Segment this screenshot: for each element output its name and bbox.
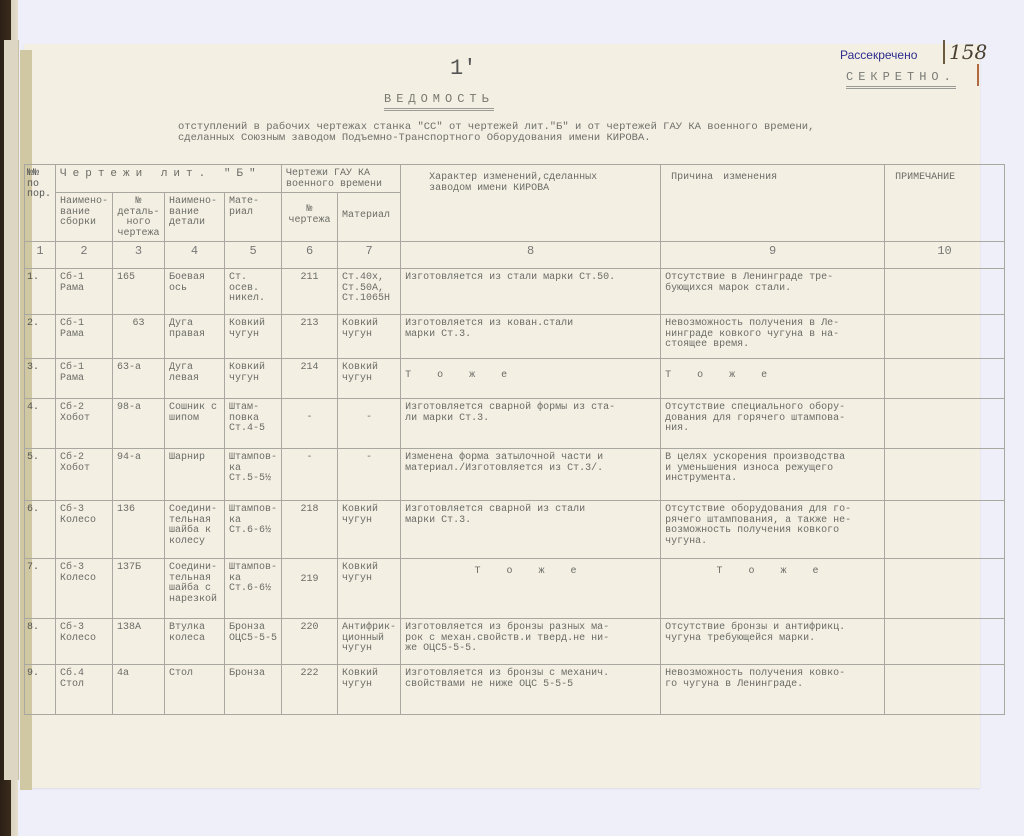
cell-change: Т о ж е [401,359,661,399]
row-number: 6. [25,501,56,559]
column-number: 5 [225,242,282,269]
row-number: 9. [25,665,56,715]
row-number: 5. [25,449,56,501]
cell-detail-drawing: 63 [113,315,165,359]
cell-material-b: Ст. осев. никел. [225,269,282,315]
table-row: 9. Сб.4 Стол 4а Стол Бронза 222 Ковкий ч… [25,665,1005,715]
cell-change: Изготовляется сварной из стали марки Ст.… [401,501,661,559]
cell-assembly: Сб-2 Хобот [56,399,113,449]
cell-reason: Отсутствие в Ленинграде тре- бующихся ма… [661,269,885,315]
header-col-5: Мате- риал [225,193,282,242]
cell-assembly: Сб-1 Рама [56,269,113,315]
cell-detail-name: Стол [165,665,225,715]
cell-gau-drawing: - [282,449,338,501]
cell-material-b: Штампов- ка Ст.6-6½ [225,559,282,619]
cell-change: Изготовляется из кован.стали марки Ст.3. [401,315,661,359]
cell-detail-drawing: 137Б [113,559,165,619]
cell-reason: Т о ж е [661,359,885,399]
cell-detail-drawing: 98-а [113,399,165,449]
cell-detail-name: Дуга левая [165,359,225,399]
header-group-lit-b: Чертежи лит. "Б" [56,165,282,193]
declassified-stamp: Рассекречено [840,48,917,62]
cell-material-b: Штампов- ка Ст.6-6½ [225,501,282,559]
cell-detail-name: Соедини- тельная шайба с нарезкой [165,559,225,619]
cell-reason: Т о ж е [661,559,885,619]
cell-gau-material: Ковкий чугун [338,315,401,359]
cell-gau-drawing: 218 [282,501,338,559]
cell-reason: Отсутствие специального обору- дования д… [661,399,885,449]
header-row-1: №№ по пор. Чертежи лит. "Б" Чертежи ГАУ … [25,165,1005,193]
table-row: 1. Сб-1 Рама 165 Боевая ось Ст. осев. ни… [25,269,1005,315]
cell-gau-material: Ковкий чугун [338,359,401,399]
column-number: 2 [56,242,113,269]
table-row: 8. Сб-3 Колесо 138А Втулка колеса Бронза… [25,619,1005,665]
header-col-10: ПРИМЕЧАНИЕ [885,165,1005,242]
pencil-mark [977,64,979,86]
cell-assembly: Сб-1 Рама [56,315,113,359]
column-number: 8 [401,242,661,269]
document-title: ВЕДОМОСТЬ [384,92,494,111]
row-number: 7. [25,559,56,619]
column-number: 7 [338,242,401,269]
cell-material-b: Штам- повка Ст.4-5 [225,399,282,449]
cell-material-b: Ковкий чугун [225,315,282,359]
cell-detail-name: Боевая ось [165,269,225,315]
cell-detail-name: Дуга правая [165,315,225,359]
table-row: 5. Сб-2 Хобот 94-а Шарнир Штампов- ка Ст… [25,449,1005,501]
cell-detail-drawing: 138А [113,619,165,665]
cell-gau-material: Ст.40х, Ст.50А, Ст.1065Н [338,269,401,315]
column-number: 9 [661,242,885,269]
table-row: 6. Сб-3 Колесо 136 Соедини- тельная шайб… [25,501,1005,559]
header-col-8: Характер изменений,сделанных заводом име… [401,165,661,242]
column-number: 6 [282,242,338,269]
cell-assembly: Сб-3 Колесо [56,559,113,619]
cell-note [885,399,1005,449]
cell-note [885,269,1005,315]
cell-gau-material: Антифрик- ционный чугун [338,619,401,665]
cell-note [885,315,1005,359]
cell-assembly: Сб-3 Колесо [56,501,113,559]
table-row: 4. Сб-2 Хобот 98-а Сошник с шипом Штам- … [25,399,1005,449]
cell-reason: Невозможность получения ковко- го чугуна… [661,665,885,715]
cell-reason: Невозможность получения в Ле- нинграде к… [661,315,885,359]
cell-detail-name: Соедини- тельная шайба к колесу [165,501,225,559]
cell-material-b: Штампов- ка Ст.5-5½ [225,449,282,501]
cell-gau-drawing: 213 [282,315,338,359]
cell-note [885,665,1005,715]
column-number: 3 [113,242,165,269]
cell-reason: В целях ускорения производства и уменьше… [661,449,885,501]
header-col-4: Наимено- вание детали [165,193,225,242]
cell-material-b: Ковкий чугун [225,359,282,399]
cell-assembly: Сб-3 Колесо [56,619,113,665]
row-number: 4. [25,399,56,449]
column-number-row: 1 2 3 4 5 6 7 8 9 10 [25,242,1005,269]
column-number: 10 [885,242,1005,269]
cell-detail-drawing: 4а [113,665,165,715]
header-group-gau: Чертежи ГАУ КА военного времени [282,165,401,193]
cell-note [885,619,1005,665]
cell-detail-name: Сошник с шипом [165,399,225,449]
header-col-7: Материал [338,193,401,242]
cell-detail-name: Шарнир [165,449,225,501]
table-row: 7. Сб-3 Колесо 137Б Соедини- тельная шай… [25,559,1005,619]
subtitle-line-2: сделанных Союзным заводом Подъемно-Транс… [178,133,878,144]
row-number: 8. [25,619,56,665]
cell-assembly: Сб.4 Стол [56,665,113,715]
cell-change: Изготовляется из бронзы с механич. свойс… [401,665,661,715]
header-col-9: Причина изменения [661,165,885,242]
cell-reason: Отсутствие оборудования для го- рячего ш… [661,501,885,559]
cell-detail-drawing: 165 [113,269,165,315]
row-number: 1. [25,269,56,315]
deviations-table: №№ по пор. Чертежи лит. "Б" Чертежи ГАУ … [24,164,1005,715]
cell-gau-drawing: 220 [282,619,338,665]
cell-assembly: Сб-2 Хобот [56,449,113,501]
row-number: 2. [25,315,56,359]
cell-reason: Отсутствие бронзы и антифрикц. чугуна тр… [661,619,885,665]
table-row: 3. Сб-1 Рама 63-а Дуга левая Ковкий чугу… [25,359,1005,399]
cell-change: Изготовляется из стали марки Ст.50. [401,269,661,315]
header-col-2: Наимено- вание сборки [56,193,113,242]
folio-number: 158 [943,40,987,64]
cell-gau-drawing: - [282,399,338,449]
cell-gau-drawing: 219 [282,559,338,619]
column-number: 1 [25,242,56,269]
previous-page-edge [4,40,19,780]
cell-detail-drawing: 63-а [113,359,165,399]
cell-detail-drawing: 94-а [113,449,165,501]
cell-gau-material: - [338,399,401,449]
cell-material-b: Бронза ОЦС5-5-5 [225,619,282,665]
cell-note [885,359,1005,399]
cell-gau-material: - [338,449,401,501]
cell-detail-drawing: 136 [113,501,165,559]
cell-gau-drawing: 211 [282,269,338,315]
cell-material-b: Бронза [225,665,282,715]
classification-label: СЕКРЕТНО. [846,70,956,89]
cell-change: Т о ж е [401,559,661,619]
cell-gau-material: Ковкий чугун [338,559,401,619]
header-col-3: № деталь- ного чертежа [113,193,165,242]
document-subtitle: отступлений в рабочих чертежах станка "С… [178,122,878,144]
cell-gau-material: Ковкий чугун [338,665,401,715]
cell-assembly: Сб-1 Рама [56,359,113,399]
header-col-6: № чертежа [282,193,338,242]
column-number: 4 [165,242,225,269]
cell-change: Изготовляется сварной формы из ста- ли м… [401,399,661,449]
cell-gau-drawing: 222 [282,665,338,715]
table-row: 2. Сб-1 Рама 63 Дуга правая Ковкий чугун… [25,315,1005,359]
cell-note [885,449,1005,501]
cell-detail-name: Втулка колеса [165,619,225,665]
row-number: 3. [25,359,56,399]
cell-change: Изменена форма затылочной части и матери… [401,449,661,501]
cell-note [885,501,1005,559]
header-col-1: №№ по пор. [25,165,56,242]
cell-change: Изготовляется из бронзы разных ма- рок с… [401,619,661,665]
cell-note [885,559,1005,619]
corner-mark: 1' [450,56,476,81]
cell-gau-material: Ковкий чугун [338,501,401,559]
cell-gau-drawing: 214 [282,359,338,399]
